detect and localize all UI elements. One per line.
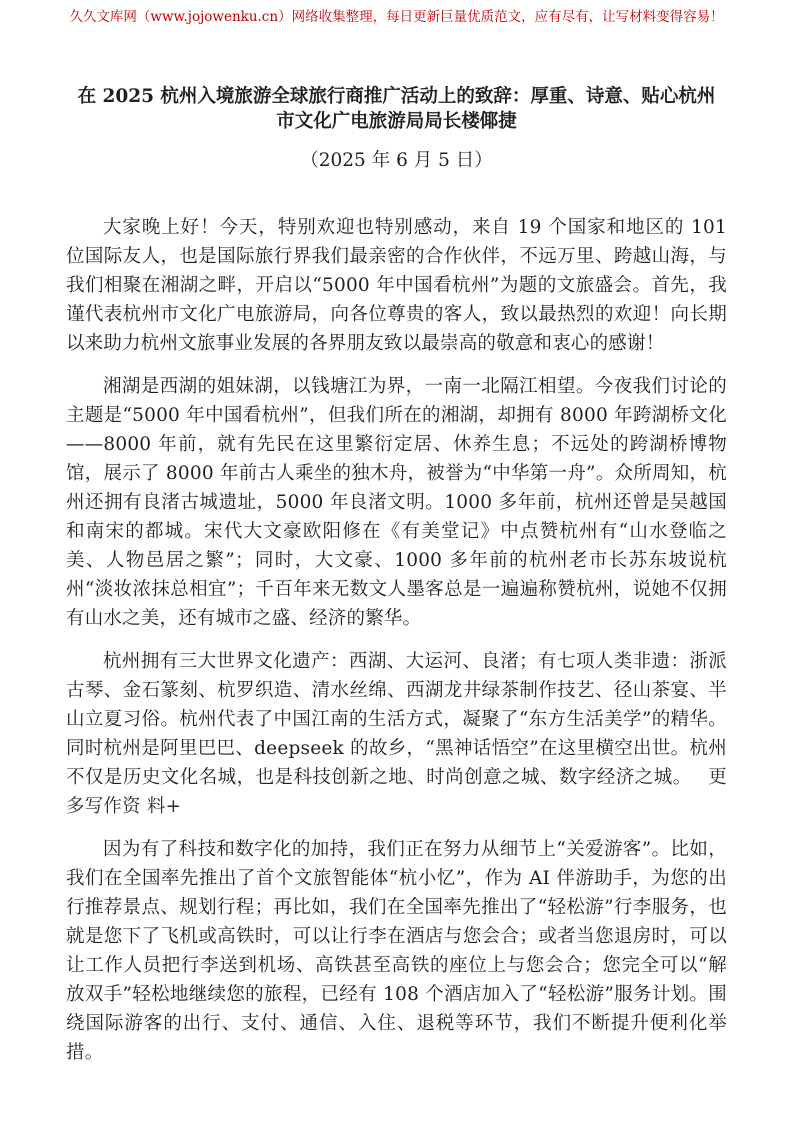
document-title: 在 2025 杭州入境旅游全球旅行商推广活动上的致辞：厚重、诗意、贴心杭州 市文… [66,84,727,173]
document-title-line1: 在 2025 杭州入境旅游全球旅行商推广活动上的致辞：厚重、诗意、贴心杭州 [66,84,727,109]
paragraph-heritage-text: 杭州拥有三大世界文化遗产：西湖、大运河、良渚；有七项人类非遗：浙派古琴、金石篆刻… [66,651,727,788]
paragraph-heritage: 杭州拥有三大世界文化遗产：西湖、大运河、良渚；有七项人类非遗：浙派古琴、金石篆刻… [66,647,727,821]
document-date: （2025 年 6 月 5 日） [66,148,727,173]
paragraph-technology-services: 因为有了科技和数字化的加持，我们正在努力从细节上“关爱游客”。比如，我们在全国率… [66,835,727,1067]
document-title-line2: 市文化广电旅游局局长楼倻捷 [66,109,727,134]
paragraph-greeting: 大家晚上好！今天，特别欢迎也特别感动，来自 19 个国家和地区的 101 位国际… [66,213,727,358]
document-body: 大家晚上好！今天，特别欢迎也特别感动，来自 19 个国家和地区的 101 位国际… [66,213,727,1067]
site-watermark-header: 久久文库网（www.jojowenku.cn）网络收集整理，每日更新巨量优质范文… [66,8,727,26]
paragraph-xianghu-history: 湘湖是西湖的姐妹湖，以钱塘江为界，一南一北隔江相望。今夜我们讨论的主题是“500… [66,372,727,633]
document-page: 久久文库网（www.jojowenku.cn）网络收集整理，每日更新巨量优质范文… [0,0,793,1121]
